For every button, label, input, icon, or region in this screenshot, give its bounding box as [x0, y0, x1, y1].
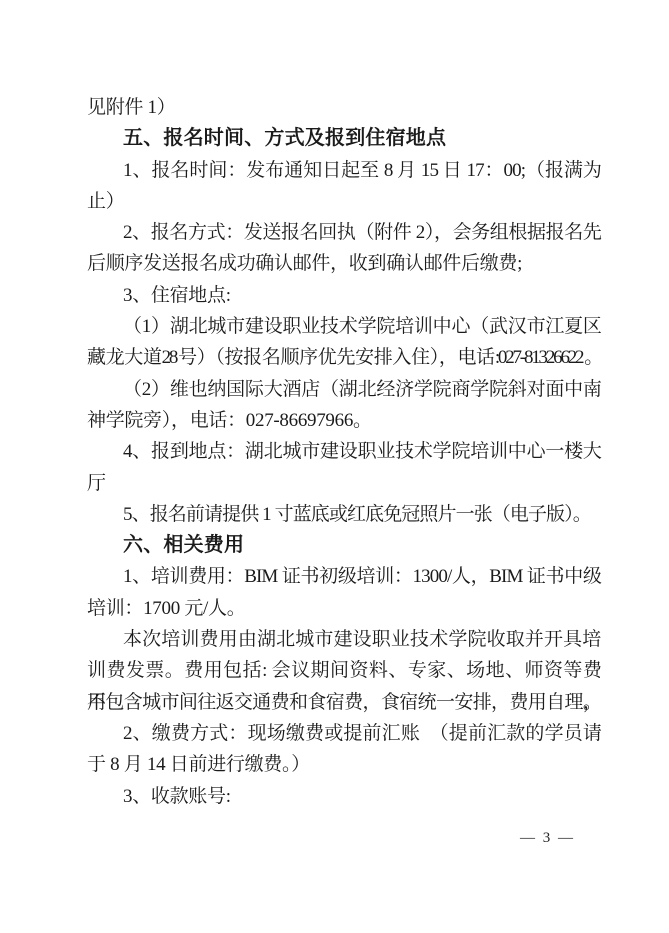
accommodation-2-line-2: 神学院旁），电话：027-86697966。 — [87, 405, 601, 436]
page-number: — 3 — — [520, 830, 575, 847]
fee-detail-line-2: 训费发票。费用包括: 会议期间资料、专家、场地、师资等费用， — [87, 655, 601, 686]
attachment-ref-line: 见附件 1） — [87, 92, 601, 123]
checkin-location-line-2: 厅 — [87, 468, 601, 499]
fee-detail-line-1: 本次培训费用由湖北城市建设职业技术学院收取并开具培 — [87, 624, 601, 655]
registration-time-line-1: 1、报名时间：发布通知日起至 8 月 15 日 17：00;（报满为 — [87, 155, 601, 186]
registration-method-line-2: 后顺序发送报名成功确认邮件，收到确认邮件后缴费; — [87, 248, 601, 279]
document-body: 见附件 1） 五、报名时间、方式及报到住宿地点 1、报名时间：发布通知日起至 8… — [87, 92, 601, 812]
payment-method-line-2: 于 8 月 14 日前进行缴费。） — [87, 749, 601, 780]
section-6-heading: 六、相关费用 — [87, 530, 601, 561]
payment-method-line-1: 2、缴费方式：现场缴费或提前汇账 （提前汇款的学员请 — [87, 718, 601, 749]
training-fee-line-1: 1、培训费用：BIM 证书初级培训：1300/人，BIM 证书中级 — [87, 561, 601, 592]
accommodation-2-line-1: （2）维也纳国际大酒店（湖北经济学院商学院斜对面中南 — [87, 374, 601, 405]
fee-detail-line-3: 不包含城市间往返交通费和食宿费，食宿统一安排，费用自理。 — [87, 687, 601, 718]
section-5-heading: 五、报名时间、方式及报到住宿地点 — [87, 123, 601, 154]
accommodation-1-line-2: 藏龙大道28号）（按报名顺序优先安排入住），电话:027-81326622。 — [87, 342, 601, 373]
checkin-location-line-1: 4、报到地点：湖北城市建设职业技术学院培训中心一楼大 — [87, 436, 601, 467]
training-fee-line-2: 培训：1700 元/人。 — [87, 593, 601, 624]
registration-time-line-2: 止） — [87, 186, 601, 217]
photo-requirement-line: 5、报名前请提供 1 寸蓝底或红底免冠照片一张（电子版）。 — [87, 499, 601, 530]
accommodation-heading-line: 3、住宿地点: — [87, 280, 601, 311]
document-page: 见附件 1） 五、报名时间、方式及报到住宿地点 1、报名时间：发布通知日起至 8… — [0, 0, 669, 933]
registration-method-line-1: 2、报名方式：发送报名回执（附件 2），会务组根据报名先 — [87, 217, 601, 248]
payment-account-line: 3、收款账号: — [87, 781, 601, 812]
accommodation-1-line-1: （1）湖北城市建设职业技术学院培训中心（武汉市江夏区 — [87, 311, 601, 342]
